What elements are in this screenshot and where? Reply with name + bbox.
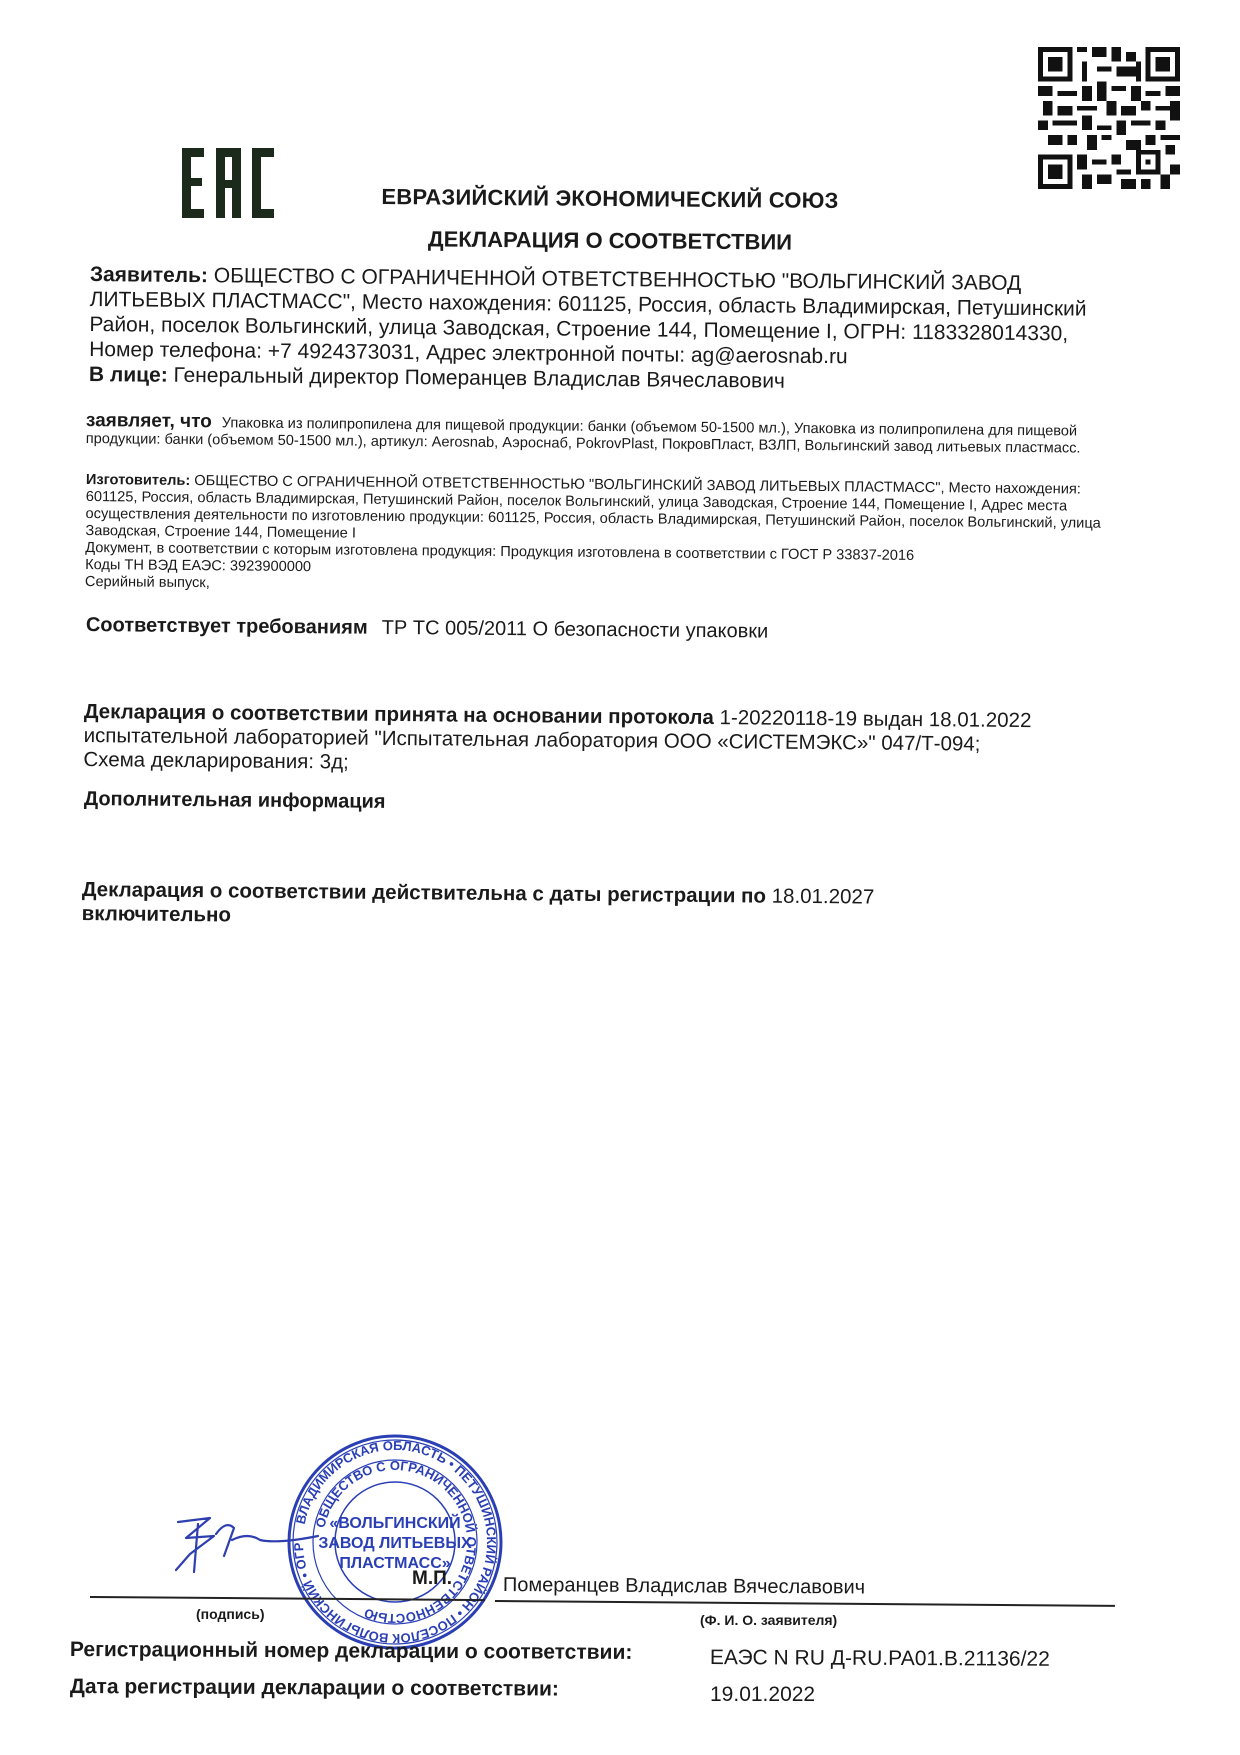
stamp-center-line-1: «ВОЛЬГИНСКИЙ — [329, 1513, 460, 1532]
name-line — [495, 1600, 1115, 1606]
applicant-section: Заявитель: ОБЩЕСТВО С ОГРАНИЧЕННОЙ ОТВЕТ… — [89, 262, 1135, 397]
compliance-section: Соответствует требованиямТР ТС 005/2011 … — [86, 614, 1136, 647]
product-description: Упаковка из полипропилена для пищевой пр… — [86, 415, 1081, 456]
representative-text: Генеральный директор Померанцев Владисла… — [173, 364, 785, 393]
customs-codes-line: Коды ТН ВЭД ЕАЭС: 3923900000 — [85, 557, 311, 575]
registration-date-value: 19.01.2022 — [710, 1683, 815, 1707]
signature-caption: (подпись) — [196, 1606, 265, 1622]
validity-date: 18.01.2027 — [772, 885, 875, 909]
registration-number-label: Регистрационный номер декларации о соотв… — [70, 1638, 633, 1665]
stamp-center-line-2: ЗАВОД ЛИТЬЕВЫХ — [318, 1535, 472, 1552]
manufacturer-text: ОБЩЕСТВО С ОГРАНИЧЕННОЙ ОТВЕТСТВЕННОСТЬЮ… — [85, 473, 1101, 542]
manufacturer-label: Изготовитель: — [86, 472, 191, 489]
declaration-section: заявляет, чтоУпаковка из полипропилена д… — [86, 413, 1136, 457]
document-title: ДЕКЛАРАЦИЯ О СООТВЕТСТВИИ — [0, 223, 1230, 260]
applicant-text: ОБЩЕСТВО С ОГРАНИЧЕННОЙ ОТВЕТСТВЕННОСТЬЮ… — [89, 264, 1087, 368]
registration-number-value: ЕАЭС N RU Д-RU.РА01.В.21136/22 — [710, 1646, 1050, 1672]
registration-date-label: Дата регистрации декларации о соответств… — [70, 1675, 559, 1702]
applicant-full-name: Померанцев Владислав Вячеславович — [503, 1574, 865, 1600]
validity-section: Декларация о соответствии действительна … — [82, 878, 1082, 936]
basis-section: Декларация о соответствии принята на осн… — [83, 700, 1144, 782]
additional-info-heading: Дополнительная информация — [84, 788, 386, 814]
representative-label: В лице: — [89, 363, 168, 387]
serial-line: Серийный выпуск, — [85, 574, 210, 591]
qr-code-icon — [1038, 47, 1180, 189]
validity-suffix: включительно — [82, 902, 232, 926]
declares-label: заявляет, что — [86, 410, 212, 432]
applicant-label: Заявитель: — [90, 263, 208, 287]
compliance-value: ТР ТС 005/2011 О безопасности упаковки — [382, 617, 769, 643]
stamp-mark: М.П. — [412, 1568, 452, 1590]
declaration-scheme: Схема декларирования: 3д; — [83, 748, 349, 774]
manufacturer-section: Изготовитель: ОБЩЕСТВО С ОГРАНИЧЕННОЙ ОТ… — [85, 472, 1136, 601]
compliance-label: Соответствует требованиям — [86, 614, 368, 639]
company-stamp-icon: ВЛАДИМИРСКАЯ ОБЛАСТЬ • ПЕТУШИНСКИЙ РАЙОН… — [285, 1432, 505, 1652]
full-name-caption: (Ф. И. О. заявителя) — [700, 1612, 837, 1628]
